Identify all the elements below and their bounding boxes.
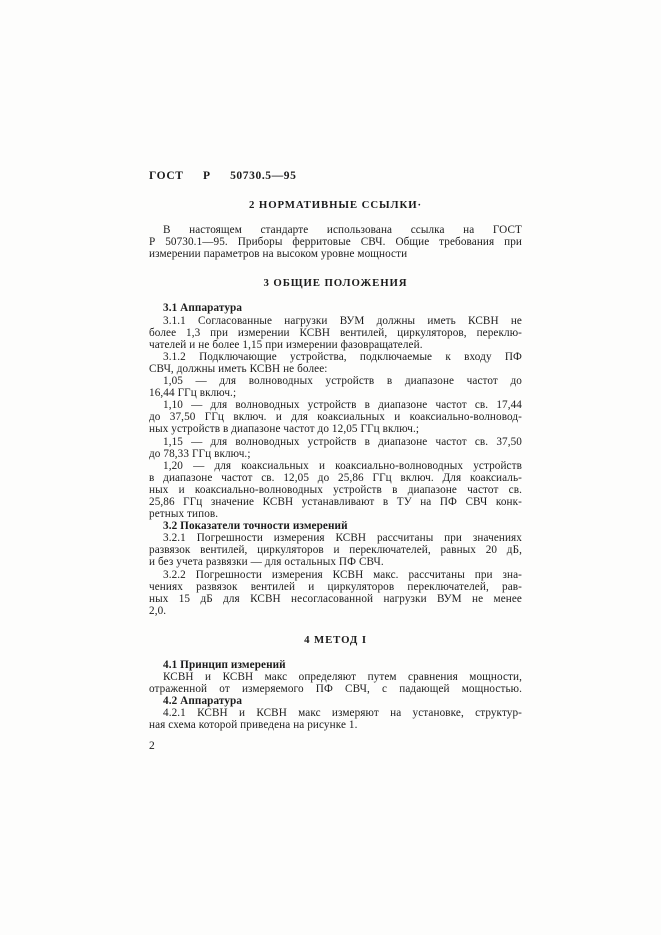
page-number: 2: [149, 740, 522, 752]
text-line: 1,20 — для коаксиальных и коаксиально-во…: [149, 460, 522, 472]
document-body: 2 НОРМАТИВНЫЕ ССЫЛКИ·В настоящем стандар…: [149, 199, 522, 732]
text-line: ных 15 дБ для КСВН несогласованной нагру…: [149, 593, 522, 605]
document-page: ГОСТ Р 50730.5—95 2 НОРМАТИВНЫЕ ССЫЛКИ·В…: [0, 0, 661, 935]
text-line: 1,15 — для волноводных устройств в диапа…: [149, 436, 522, 448]
text-line: отраженной от измеряемого ПФ СВЧ, с пада…: [149, 683, 522, 695]
running-header-standard-id: ГОСТ Р 50730.5—95: [149, 170, 522, 182]
paragraph: 3.2.2 Погрешности измерения КСВН макс. р…: [149, 569, 522, 617]
text-line: до 78,33 ГГц включ.;: [149, 448, 522, 460]
paragraph: 4.2.1 КСВН и КСВН макс измеряют на устан…: [149, 707, 522, 731]
text-line: развязок вентилей, циркуляторов и перекл…: [149, 544, 522, 556]
subheading: 3.2 Показатели точности измерений: [149, 520, 522, 532]
text-line: 3.2.1 Погрешности измерения КСВН рассчит…: [149, 532, 522, 544]
text-line: ретных типов.: [149, 508, 522, 520]
text-line: 16,44 ГГц включ.;: [149, 387, 522, 399]
section-heading: 3 ОБЩИЕ ПОЛОЖЕНИЯ: [149, 277, 522, 289]
subheading: 4.1 Принцип измерений: [149, 659, 522, 671]
subheading: 4.2 Аппаратура: [149, 695, 522, 707]
paragraph: 1,20 — для коаксиальных и коаксиально-во…: [149, 460, 522, 520]
text-line: в диапазоне частот св. 12,05 до 25,86 ГГ…: [149, 472, 522, 484]
text-line: ных устройств в диапазоне частот до 12,0…: [149, 423, 522, 435]
paragraph: 3.2.1 Погрешности измерения КСВН рассчит…: [149, 532, 522, 568]
text-line: 3.1.1 Согласованные нагрузки ВУМ должны …: [149, 315, 522, 327]
text-line: 4.2.1 КСВН и КСВН макс измеряют на устан…: [149, 707, 522, 719]
paragraph: 1,05 — для волноводных устройств в диапа…: [149, 375, 522, 399]
paragraph: 1,10 — для волноводных устройств в диапа…: [149, 399, 522, 435]
text-line: ная схема которой приведена на рисунке 1…: [149, 719, 522, 731]
paragraph: 3.1.2 Подключающие устройства, подключае…: [149, 351, 522, 375]
document-content: ГОСТ Р 50730.5—95 2 НОРМАТИВНЫЕ ССЫЛКИ·В…: [149, 170, 522, 752]
subheading: 3.1 Аппаратура: [149, 302, 522, 314]
text-line: 1,05 — для волноводных устройств в диапа…: [149, 375, 522, 387]
text-line: измерении параметров на высоком уровне м…: [149, 248, 522, 260]
text-line: Р 50730.1—95. Приборы ферритовые СВЧ. Об…: [149, 236, 522, 248]
text-line: ных и коаксиально-волноводных устройств …: [149, 484, 522, 496]
text-line: 25,86 ГГц значение КСВН устанавливают в …: [149, 496, 522, 508]
text-line: 3.2.2 Погрешности измерения КСВН макс. р…: [149, 569, 522, 581]
paragraph: В настоящем стандарте использована ссылк…: [149, 224, 522, 260]
section-heading: 4 МЕТОД I: [149, 634, 522, 646]
paragraph: 3.1.1 Согласованные нагрузки ВУМ должны …: [149, 315, 522, 351]
text-line: СВЧ, должны иметь КСВН не более:: [149, 363, 522, 375]
text-line: В настоящем стандарте использована ссылк…: [149, 224, 522, 236]
text-line: чениях развязок вентилей и циркуляторов …: [149, 581, 522, 593]
paragraph: 1,15 — для волноводных устройств в диапа…: [149, 436, 522, 460]
text-line: до 37,50 ГГц включ. и для коаксиальных и…: [149, 411, 522, 423]
text-line: 1,10 — для волноводных устройств в диапа…: [149, 399, 522, 411]
section-heading: 2 НОРМАТИВНЫЕ ССЫЛКИ·: [149, 199, 522, 211]
text-line: 2,0.: [149, 605, 522, 617]
text-line: чателей и не более 1,15 при измерении фа…: [149, 339, 522, 351]
text-line: 3.1.2 Подключающие устройства, подключае…: [149, 351, 522, 363]
text-line: и без учета развязки — для остальных ПФ …: [149, 556, 522, 568]
text-line: КСВН и КСВН макс определяют путем сравне…: [149, 671, 522, 683]
text-line: более 1,3 при измерении КСВН вентилей, ц…: [149, 327, 522, 339]
paragraph: КСВН и КСВН макс определяют путем сравне…: [149, 671, 522, 695]
